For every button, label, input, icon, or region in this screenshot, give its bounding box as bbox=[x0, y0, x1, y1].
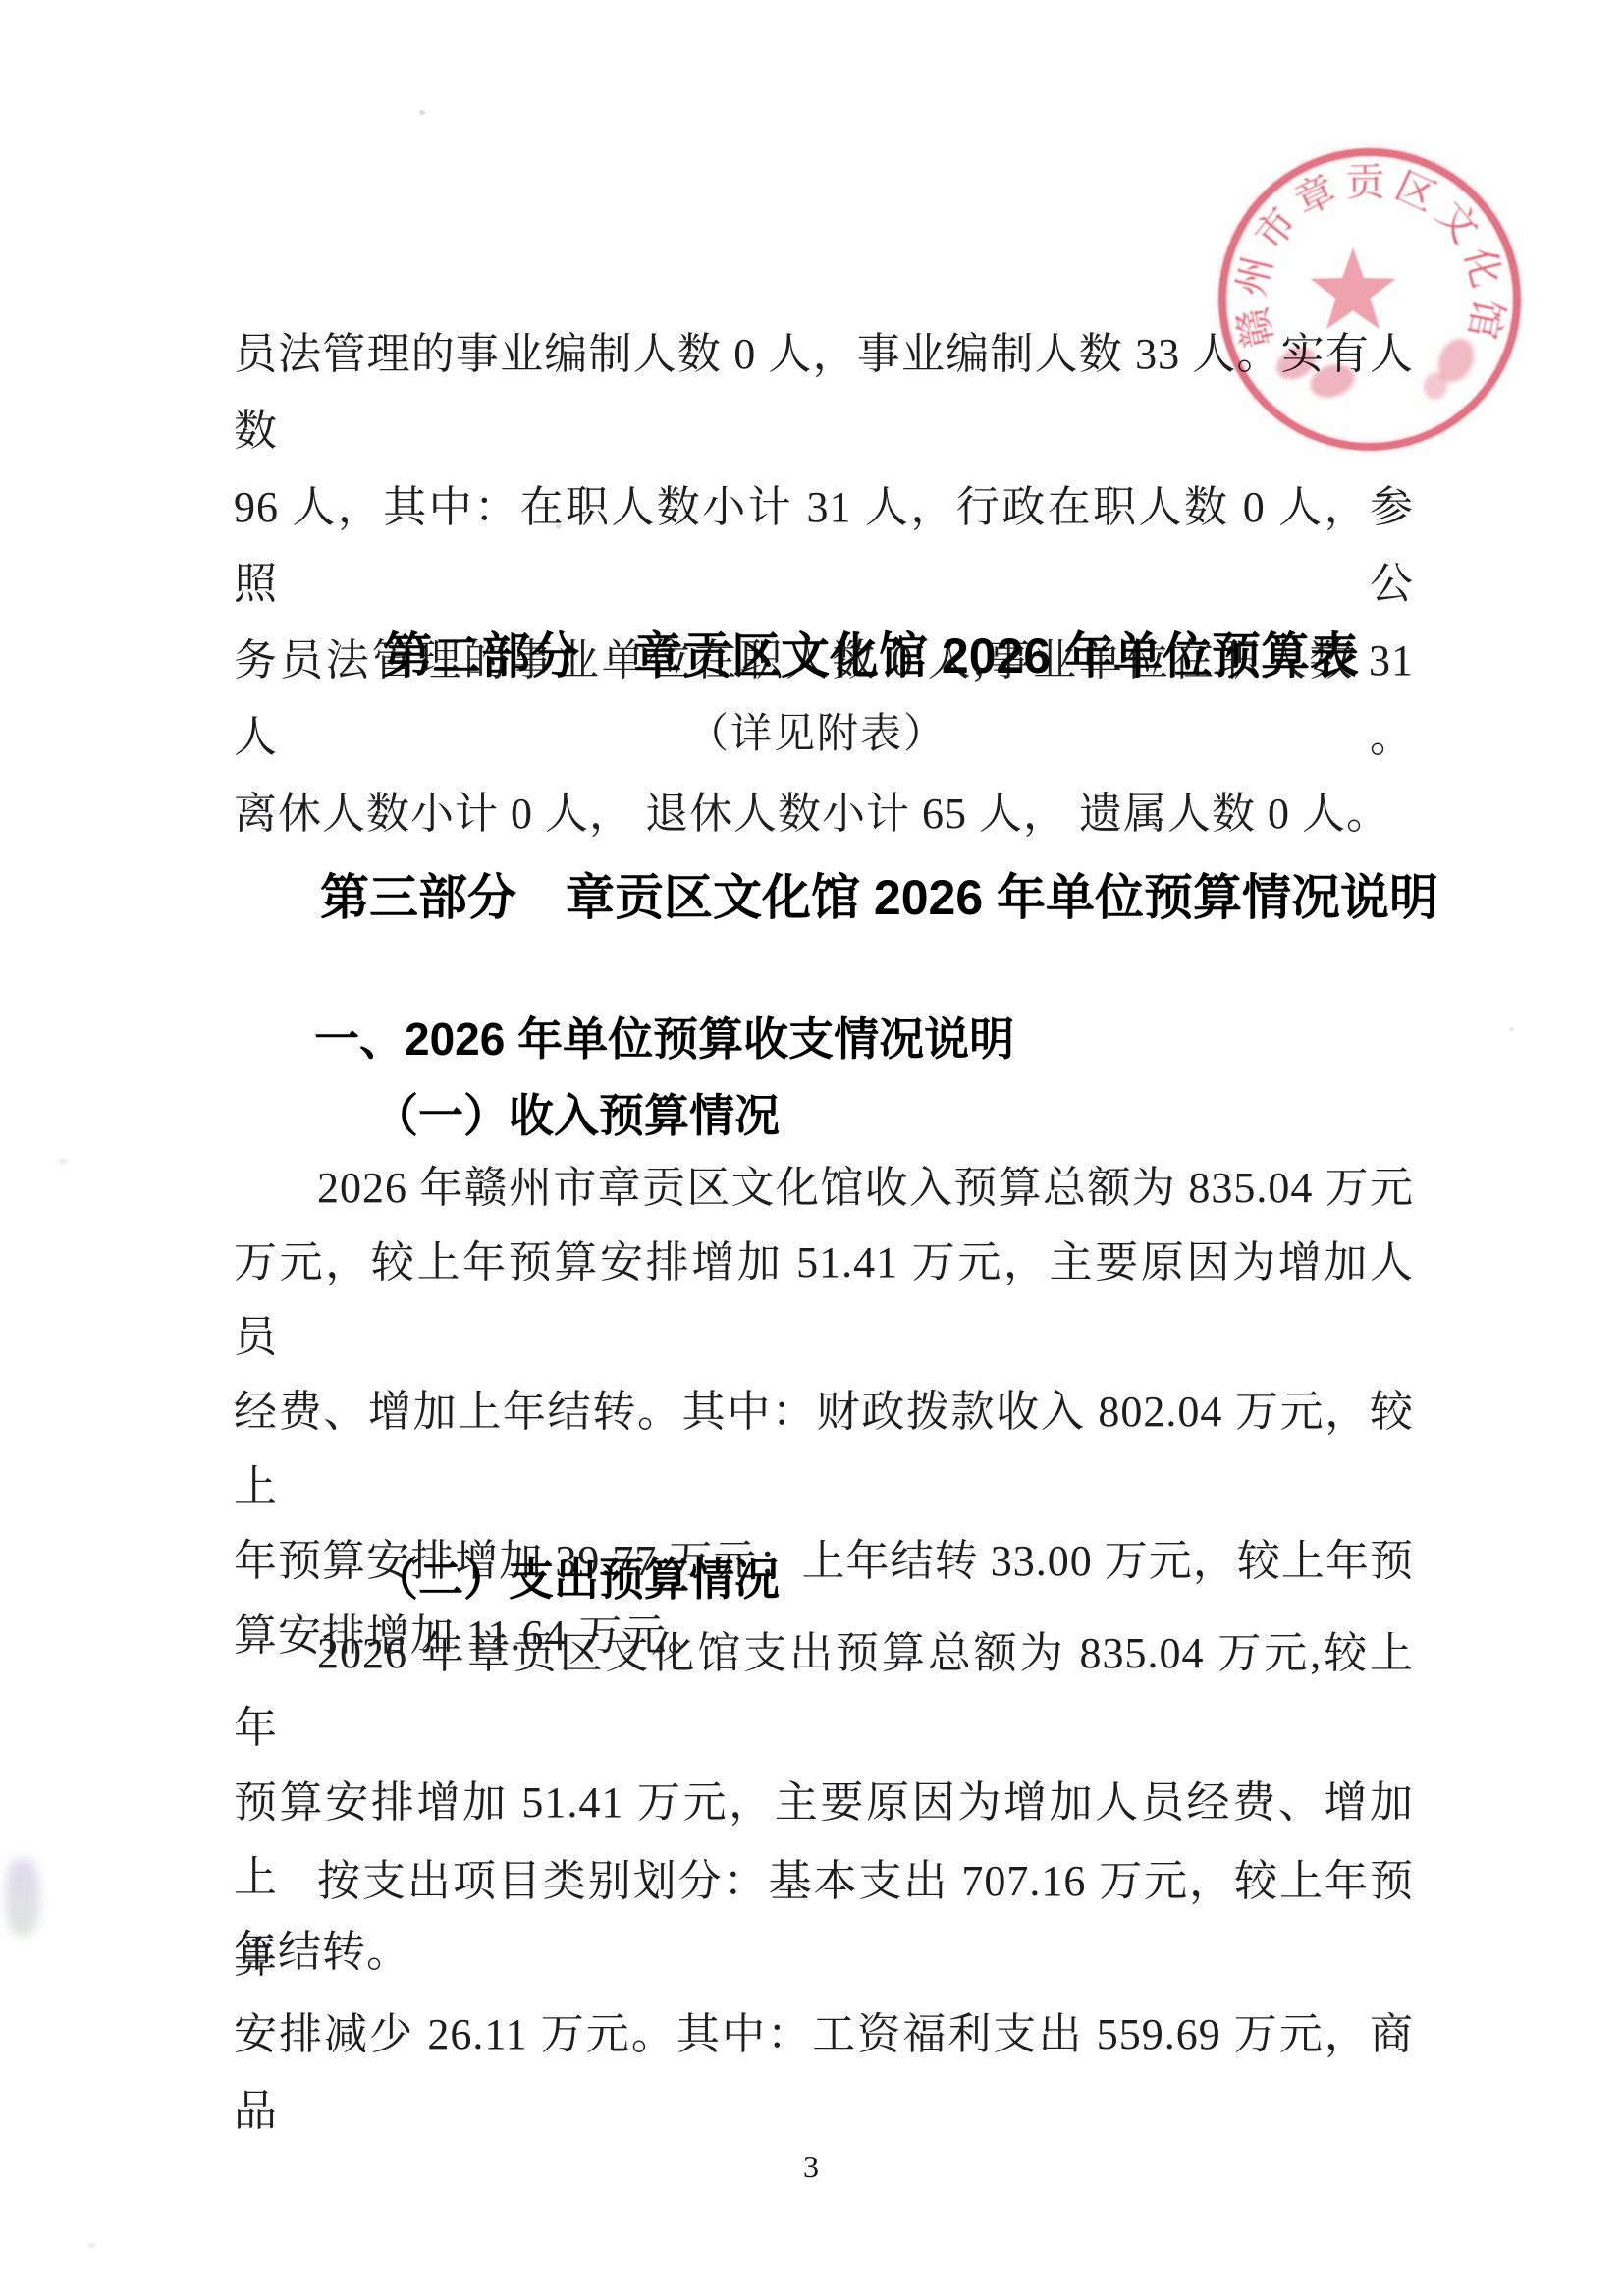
expenditure-budget-subheading: （二）支出预算情况 bbox=[373, 1550, 780, 1609]
scan-speck bbox=[419, 110, 425, 115]
star-icon bbox=[1310, 247, 1395, 329]
part3-heading: 第三部分章贡区文化馆 2026 年单位预算情况说明 bbox=[320, 868, 1438, 927]
text-line: 万元，较上年预算安排增加 51.41 万元，主要原因为增加人员 bbox=[234, 1226, 1414, 1375]
text-line: 2026 年赣州市章贡区文化馆收入预算总额为 835.04 万元 bbox=[234, 1151, 1414, 1226]
text-line: 96 人，其中：在职人数小计 31 人，行政在职人数 0 人，参照公 bbox=[234, 469, 1414, 623]
scan-speck bbox=[88, 2243, 95, 2248]
text-line: 离休人数小计 0 人， 退休人数小计 65 人， 遗属人数 0 人。 bbox=[234, 776, 1414, 852]
part3-label: 第三部分 bbox=[320, 870, 516, 925]
part2-heading: 第二部分章贡区文化馆 2026 年单位预算表 bbox=[383, 627, 1359, 685]
text-line: 经费、增加上年结转。其中：财政拨款收入 802.04 万元，较上 bbox=[234, 1375, 1414, 1524]
part3-title: 章贡区文化馆 2026 年单位预算情况说明 bbox=[566, 870, 1438, 925]
official-stamp: 赣州市章贡区文化馆 bbox=[1193, 123, 1546, 476]
income-budget-subheading: （一）收入预算情况 bbox=[373, 1086, 780, 1145]
scan-smudge bbox=[6, 1859, 39, 1936]
part2-title: 章贡区文化馆 2026 年单位预算表 bbox=[633, 629, 1359, 683]
stamp-ink-blotch bbox=[1306, 359, 1359, 404]
text-line: 安排减少 26.11 万元。其中：工资福利支出 559.69 万元，商品 bbox=[234, 1996, 1414, 2150]
text-line: 2026 年章贡区文化馆支出预算总额为 835.04 万元,较上年 bbox=[234, 1616, 1414, 1766]
scan-speck bbox=[59, 1159, 68, 1164]
scanned-budget-document-page: 员法管理的事业编制人数 0 人，事业编制人数 33 人。实有人数 96 人，其中… bbox=[0, 0, 1623, 2296]
part2-label: 第二部分 bbox=[383, 629, 579, 683]
expenditure-category-paragraph: 按支出项目类别划分：基本支出 707.16 万元，较上年预算 安排减少 26.1… bbox=[234, 1843, 1414, 2150]
scan-speck bbox=[1509, 1027, 1514, 1031]
scan-speck bbox=[556, 524, 562, 529]
section1-heading: 一、2026 年单位预算收支情况说明 bbox=[314, 1010, 1014, 1068]
see-attached-table-note: （详见附表） bbox=[687, 707, 947, 762]
page-number: 3 bbox=[791, 2149, 831, 2185]
text-line: 按支出项目类别划分：基本支出 707.16 万元，较上年预算 bbox=[234, 1843, 1414, 1996]
